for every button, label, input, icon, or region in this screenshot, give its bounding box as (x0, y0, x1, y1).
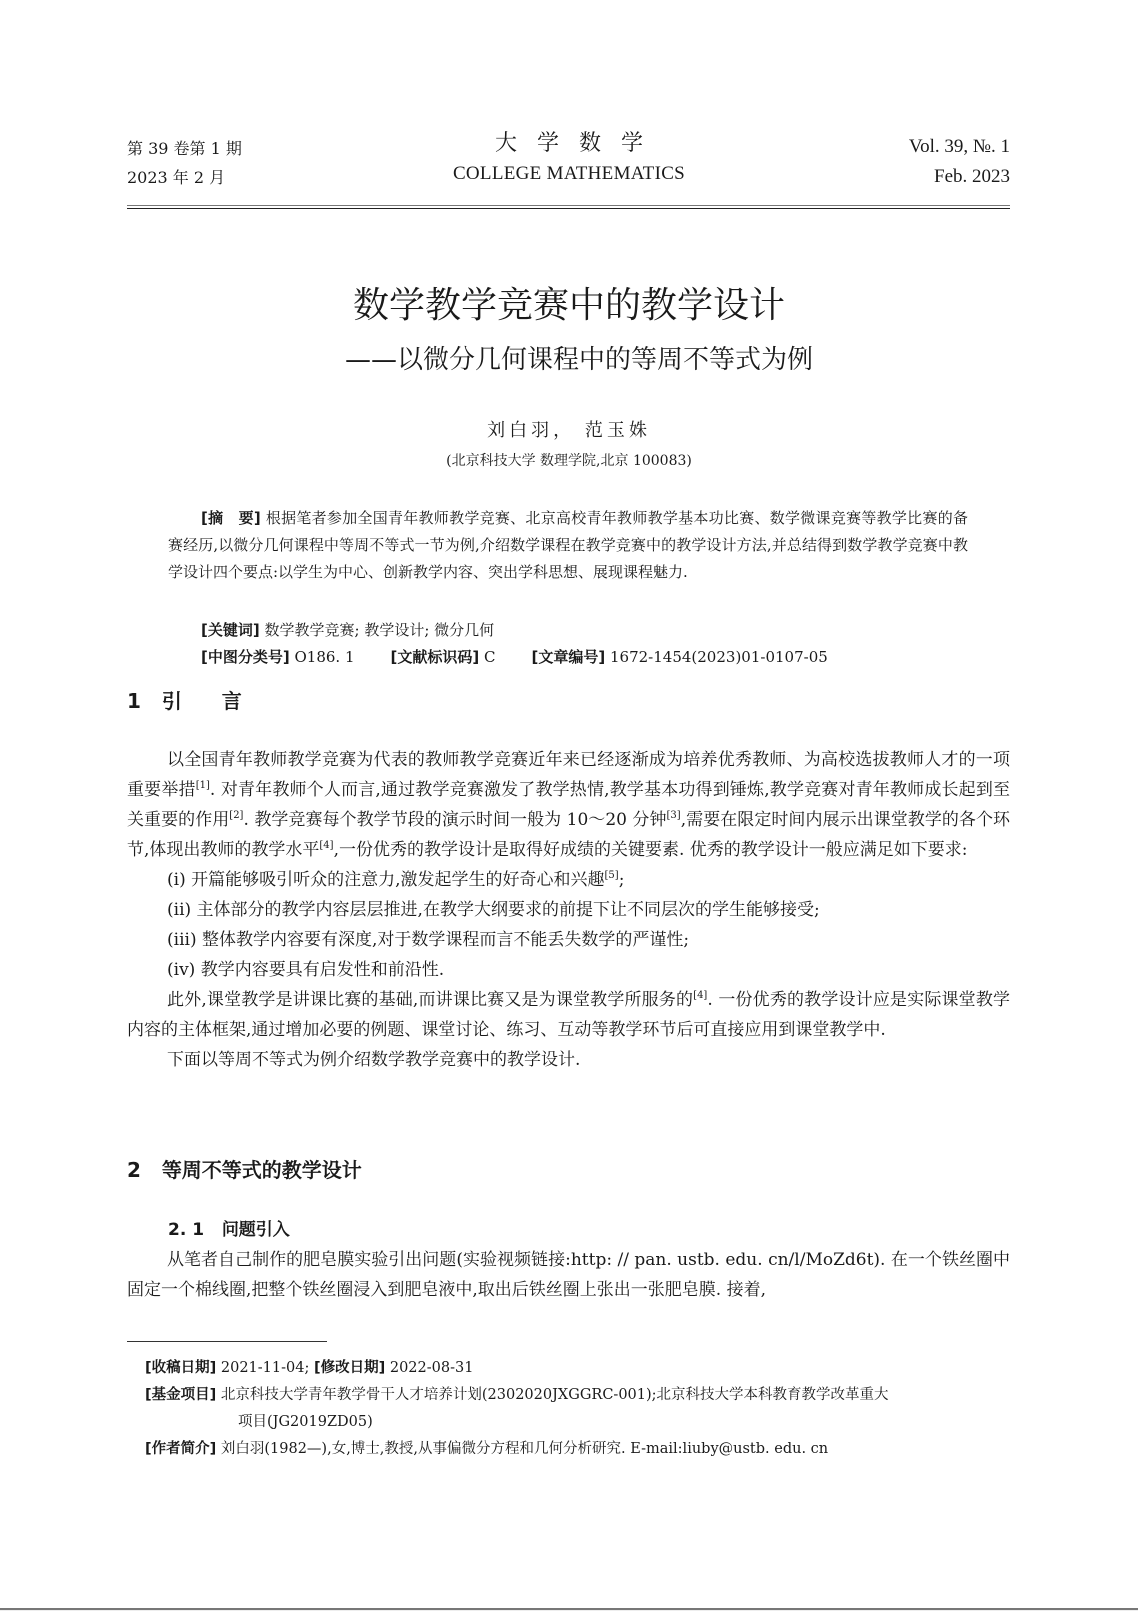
footnotes: [收稿日期] 2021-11-04; [修改日期] 2022-08-31 [基金… (145, 1355, 1010, 1463)
date-en: Feb. 2023 (909, 162, 1010, 192)
journal-issue-info-en: Vol. 39, №. 1 Feb. 2023 (909, 132, 1010, 192)
doc-code-label: [文献标识码] (391, 648, 480, 666)
paragraph: 此外,课堂教学是讲课比赛的基础,而讲课比赛又是为课堂教学所服务的[4]. 一份优… (127, 985, 1010, 1045)
citation[interactable]: [3] (667, 810, 681, 821)
received-label: [收稿日期] (145, 1360, 216, 1376)
text: . 教学竞赛每个教学节段的演示时间一般为 10～20 分钟 (243, 810, 666, 830)
article-id-value: 1672-1454(2023)01-0107-05 (610, 648, 828, 666)
author-affiliation: (北京科技大学 数理学院,北京 100083) (0, 450, 1138, 472)
header-rule-double (127, 208, 1010, 209)
article-title: 数学教学竞赛中的教学设计 (0, 282, 1138, 330)
abstract-label: [摘 要] (201, 509, 261, 527)
revised-date: 2022-08-31 (390, 1360, 474, 1376)
citation[interactable]: [2] (229, 810, 243, 821)
footnote-fund: [基金项目] 北京科技大学青年教学骨干人才培养计划(2302020JXGGRC-… (145, 1382, 1010, 1409)
header-rule (127, 205, 1010, 206)
paragraph: 从笔者自己制作的肥皂膜实验引出问题(实验视频链接:http: // pan. u… (127, 1245, 1010, 1305)
doc-code-value: C (484, 648, 495, 666)
volume-issue-en: Vol. 39, №. 1 (909, 132, 1010, 162)
fund-label: [基金项目] (145, 1382, 216, 1409)
abstract: [摘 要] 根据笔者参加全国青年教师教学竞赛、北京高校青年教师教学基本功比赛、数… (168, 505, 968, 586)
section-1-heading: 1 引 言 (127, 686, 242, 716)
section-2-body: 从笔者自己制作的肥皂膜实验引出问题(实验视频链接:http: // pan. u… (127, 1245, 1010, 1305)
classification-line: [中图分类号] O186. 1[文献标识码] C[文章编号] 1672-1454… (201, 644, 828, 670)
footnote-rule (127, 1341, 327, 1342)
article-subtitle: ——以微分几何课程中的等周不等式为例 (0, 340, 1138, 380)
list-item: (iv) 教学内容要具有启发性和前沿性. (127, 955, 1010, 985)
received-date: 2021-11-04; (221, 1360, 310, 1376)
keywords: [关键词] 数学教学竞赛; 教学设计; 微分几何 (201, 617, 494, 643)
article-authors: 刘白羽， 范玉姝 (0, 418, 1138, 444)
list-item: (ii) 主体部分的教学内容层层推进,在教学大纲要求的前提下让不同层次的学生能够… (127, 895, 1010, 925)
clc-label: [中图分类号] (201, 648, 290, 666)
paragraph: 以全国青年教师教学竞赛为代表的教师教学竞赛近年来已经逐渐成为培养优秀教师、为高校… (127, 745, 1010, 865)
subsection-title: 问题引入 (222, 1220, 290, 1240)
section-number: 1 (127, 689, 141, 713)
section-number: 2 (127, 1158, 141, 1182)
list-item: (iii) 整体教学内容要有深度,对于数学课程而言不能丢失数学的严谨性; (127, 925, 1010, 955)
text: (i) 开篇能够吸引听众的注意力,激发起学生的好奇心和兴趣 (167, 870, 605, 890)
revised-label: [修改日期] (314, 1360, 385, 1376)
abstract-text: 根据笔者参加全国青年教师教学竞赛、北京高校青年教师教学基本功比赛、数学微课竞赛等… (168, 509, 968, 581)
footnote-author: [作者简介] 刘白羽(1982—),女,博士,教授,从事偏微分方程和几何分析研究… (145, 1436, 1010, 1463)
section-1-body: 以全国青年教师教学竞赛为代表的教师教学竞赛近年来已经逐渐成为培养优秀教师、为高校… (127, 745, 1010, 1075)
list-item: (i) 开篇能够吸引听众的注意力,激发起学生的好奇心和兴趣[5]; (127, 865, 1010, 895)
citation[interactable]: [5] (605, 870, 619, 881)
section-2-heading: 2 等周不等式的教学设计 (127, 1155, 362, 1185)
text: ; (619, 870, 625, 890)
clc-value: O186. 1 (295, 648, 355, 666)
keywords-text: 数学教学竞赛; 教学设计; 微分几何 (265, 621, 495, 639)
footnote-dates: [收稿日期] 2021-11-04; [修改日期] 2022-08-31 (145, 1355, 1010, 1382)
subsection-number: 2. 1 (168, 1220, 204, 1240)
article-id-label: [文章编号] (532, 648, 606, 666)
section-title: 引 言 (162, 689, 242, 713)
citation[interactable]: [4] (693, 990, 707, 1001)
paragraph: 下面以等周不等式为例介绍数学教学竞赛中的教学设计. (127, 1045, 1010, 1075)
fund-value-continued: 项目(JG2019ZD05) (145, 1409, 1010, 1436)
author-bio: 刘白羽(1982—),女,博士,教授,从事偏微分方程和几何分析研究. E-mai… (221, 1436, 1010, 1463)
subsection-2-1-heading: 2. 1 问题引入 (168, 1217, 290, 1243)
author-label: [作者简介] (145, 1436, 216, 1463)
text: ,一份优秀的教学设计是取得好成绩的关键要素. 优秀的教学设计一般应满足如下要求: (334, 840, 968, 860)
keywords-label: [关键词] (201, 621, 260, 639)
citation[interactable]: [1] (196, 780, 210, 791)
citation[interactable]: [4] (319, 840, 333, 851)
section-title: 等周不等式的教学设计 (162, 1158, 362, 1182)
text: 此外,课堂教学是讲课比赛的基础,而讲课比赛又是为课堂教学所服务的 (167, 990, 693, 1010)
fund-value: 北京科技大学青年教学骨干人才培养计划(2302020JXGGRC-001);北京… (221, 1382, 1010, 1409)
